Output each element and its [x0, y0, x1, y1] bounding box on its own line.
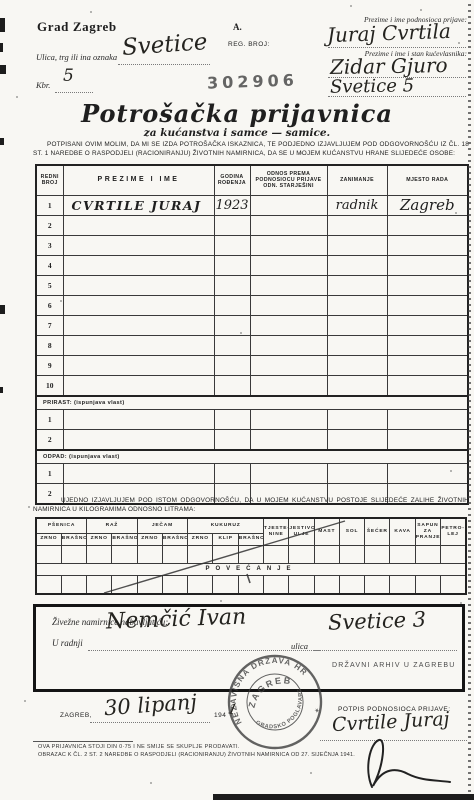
- empty-cell: [250, 375, 327, 396]
- footer-note-2: OBRAZAC K ČL. 2 ST. 2 NAREDBE O RASPODJE…: [38, 752, 458, 758]
- noise-dot: [310, 772, 312, 774]
- empty-cell: [390, 545, 415, 563]
- empty-cell: [214, 215, 250, 235]
- col-header-odnos: ODNOS PREMA PODNOSIOCU PRIJAVE ODN. STAR…: [250, 165, 327, 195]
- empty-cell: [387, 215, 468, 235]
- noise-dot: [300, 152, 302, 154]
- prirast-section-row: PRIRAST: (ispunjava vlast): [36, 396, 468, 410]
- empty-cell: [327, 429, 387, 450]
- empty-cell: [250, 295, 327, 315]
- empty-cell: [387, 315, 468, 335]
- member-name-handwritten: CVRTILE JURAJ: [63, 195, 214, 215]
- noise-dot: [350, 5, 352, 7]
- empty-cell: [250, 215, 327, 235]
- empty-cell: [387, 275, 468, 295]
- noise-dot: [16, 96, 18, 98]
- row-number: 1: [36, 195, 63, 215]
- footer-note-1: OVA PRIJAVNICA STOJI DIN 0·75 I NE SMIJE…: [38, 744, 438, 750]
- empty-cell: [415, 545, 440, 563]
- empty-cell: [327, 215, 387, 235]
- empty-cell: [63, 295, 214, 315]
- empty-cell: [63, 409, 214, 429]
- empty-cell: [63, 215, 214, 235]
- empty-cell: [387, 409, 468, 429]
- col-kava: KAVA: [390, 518, 415, 545]
- form-subtitle: za kućanstva i samce — samice.: [0, 127, 474, 139]
- empty-cell: [327, 315, 387, 335]
- empty-cell: [63, 429, 214, 450]
- empty-cell: [250, 429, 327, 450]
- form-title: Potrošačka prijavnica: [0, 99, 474, 128]
- purchase-street-value: Svetice 3: [328, 607, 427, 634]
- empty-cell: [250, 315, 327, 335]
- row-number: 5: [36, 275, 63, 295]
- member-row: 8: [36, 335, 468, 355]
- col-header-godina: GODINA ROĐENJA: [214, 165, 250, 195]
- col-psenica: PŠENICA: [36, 518, 87, 533]
- house-number-label: Kbr.: [36, 80, 50, 90]
- street-label: Ulica, trg ili ina oznaka: [36, 52, 117, 62]
- member-row: 6: [36, 295, 468, 315]
- noise-dot: [450, 470, 452, 472]
- member-row: 1 CVRTILE JURAJ 1923 radnik Zagreb: [36, 195, 468, 215]
- empty-cell: [387, 235, 468, 255]
- member-row: 2: [36, 215, 468, 235]
- empty-cell: [441, 575, 467, 594]
- strikethrough-line: [95, 512, 355, 602]
- row-number: 6: [36, 295, 63, 315]
- col-header-redni-broj: REDNI BROJ: [36, 165, 63, 195]
- empty-cell: [214, 409, 250, 429]
- empty-cell: [214, 275, 250, 295]
- birth-year-handwritten: 1923: [214, 195, 250, 215]
- row-number: 2: [36, 215, 63, 235]
- empty-cell: [387, 355, 468, 375]
- empty-cell: [365, 575, 390, 594]
- signature-name: Cvrtile Juraj: [332, 708, 451, 736]
- scan-artifact: [0, 18, 5, 32]
- empty-cell: [327, 355, 387, 375]
- scanned-form-page: Grad Zagreb Ulica, trg ili ina oznaka Sv…: [0, 0, 474, 800]
- odpad-section-row: ODPAD: (ispunjava vlast): [36, 450, 468, 464]
- empty-cell: [327, 375, 387, 396]
- empty-cell: [365, 545, 390, 563]
- members-header-row: REDNI BROJ PREZIME I IME GODINA ROĐENJA …: [36, 165, 468, 195]
- empty-cell: [387, 463, 468, 483]
- footer-divider: [33, 741, 133, 742]
- empty-cell: [61, 545, 86, 563]
- noise-dot: [460, 602, 462, 604]
- scan-artifact: [0, 305, 5, 314]
- scan-artifact: [0, 43, 3, 52]
- date-fill-line: [90, 721, 210, 723]
- noise-dot: [60, 300, 62, 302]
- row-number: 7: [36, 315, 63, 335]
- col-secer: ŠEĆER: [365, 518, 390, 545]
- empty-cell: [250, 255, 327, 275]
- empty-cell: [63, 375, 214, 396]
- footer-year: 194: [214, 712, 226, 719]
- member-row: 10: [36, 375, 468, 396]
- empty-cell: [250, 355, 327, 375]
- row-number: 1: [36, 463, 63, 483]
- owner-address-fill-line: [328, 95, 466, 97]
- empty-cell: [327, 463, 387, 483]
- empty-cell: [63, 235, 214, 255]
- empty-cell: [387, 429, 468, 450]
- scan-artifact: [0, 138, 4, 145]
- empty-cell: [214, 255, 250, 275]
- row-number: 10: [36, 375, 63, 396]
- shop-label: U radnji: [52, 638, 83, 648]
- prirast-section-label: PRIRAST: (ispunjava vlast): [36, 396, 468, 410]
- empty-cell: [214, 235, 250, 255]
- row-number: 2: [36, 429, 63, 450]
- section-letter: A.: [233, 22, 242, 32]
- empty-cell: [390, 575, 415, 594]
- empty-cell: [36, 545, 61, 563]
- noise-dot: [458, 42, 460, 44]
- sub-brasno: BRAŠNO: [61, 533, 86, 545]
- row-number: 9: [36, 355, 63, 375]
- odpad-section-label: ODPAD: (ispunjava vlast): [36, 450, 468, 464]
- member-row: 7: [36, 315, 468, 335]
- noise-dot: [220, 600, 222, 602]
- empty-cell: [387, 255, 468, 275]
- applicant-name-value: Juraj Cvrtila: [327, 19, 452, 47]
- empty-cell: [250, 463, 327, 483]
- empty-cell: [214, 355, 250, 375]
- occupation-handwritten: radnik: [327, 195, 387, 215]
- scan-artifact: [0, 65, 6, 74]
- relation-cell: [250, 195, 327, 215]
- empty-cell: [63, 255, 214, 275]
- applicant-fill-line: [328, 46, 466, 48]
- footer-date-value: 30 lipanj: [103, 690, 197, 720]
- perforation-edge: [468, 4, 471, 792]
- empty-cell: [63, 315, 214, 335]
- reg-number-label: REG. BROJ:: [228, 41, 270, 48]
- empty-cell: [327, 295, 387, 315]
- empty-cell: [214, 429, 250, 450]
- noise-dot: [24, 700, 26, 702]
- empty-cell: [214, 315, 250, 335]
- empty-cell: [250, 409, 327, 429]
- street-value-handwritten: Svetice: [121, 29, 208, 61]
- city-heading: Grad Zagreb: [37, 19, 117, 35]
- row-number: 1: [36, 409, 63, 429]
- street-fill-line-2: [313, 649, 457, 651]
- empty-cell: [250, 335, 327, 355]
- row-number: 8: [36, 335, 63, 355]
- member-row: 3: [36, 235, 468, 255]
- reg-number-stamp: 302906: [207, 70, 298, 92]
- members-table: REDNI BROJ PREZIME I IME GODINA ROĐENJA …: [35, 164, 469, 505]
- empty-cell: [387, 295, 468, 315]
- house-fill-line: [55, 91, 93, 93]
- noise-dot: [150, 782, 152, 784]
- empty-cell: [63, 463, 214, 483]
- prirast-row: 1: [36, 409, 468, 429]
- noise-dot: [90, 11, 92, 13]
- archive-stamp: DRŽAVNI ARHIV U ZAGREBU: [332, 662, 456, 669]
- col-header-zanimanje: ZANIMANJE: [327, 165, 387, 195]
- empty-cell: [327, 409, 387, 429]
- col-header-prezime-ime: PREZIME I IME: [63, 165, 214, 195]
- scan-artifact: [0, 387, 3, 393]
- noise-dot: [240, 332, 242, 334]
- empty-cell: [327, 235, 387, 255]
- empty-cell: [63, 355, 214, 375]
- prirast-row: 2: [36, 429, 468, 450]
- col-header-mjesto-rada: MJESTO RADA: [387, 165, 468, 195]
- empty-cell: [250, 235, 327, 255]
- member-row: 4: [36, 255, 468, 275]
- odpad-row: 1: [36, 463, 468, 483]
- bottom-scan-bar: [213, 794, 474, 800]
- empty-cell: [327, 255, 387, 275]
- noise-dot: [455, 212, 457, 214]
- noise-dot: [420, 9, 422, 11]
- col-petrolej: PETRO- LEJ: [441, 518, 467, 545]
- street-fill-line: [118, 63, 210, 65]
- empty-cell: [250, 275, 327, 295]
- col-sapun: SAPUN ZA PRANJE: [415, 518, 440, 545]
- footer-place-label: ZAGREB,: [60, 712, 92, 719]
- sub-zrno: ZRNO: [36, 533, 61, 545]
- empty-cell: [441, 545, 467, 563]
- row-number: 4: [36, 255, 63, 275]
- empty-cell: [387, 335, 468, 355]
- empty-cell: [63, 275, 214, 295]
- empty-cell: [214, 335, 250, 355]
- row-number: 3: [36, 235, 63, 255]
- noise-dot: [28, 506, 30, 508]
- empty-cell: [387, 375, 468, 396]
- empty-cell: [327, 275, 387, 295]
- empty-cell: [327, 335, 387, 355]
- empty-cell: [415, 575, 440, 594]
- shop-name-value: Nemčić Ivan: [106, 605, 247, 635]
- member-row: 9: [36, 355, 468, 375]
- declaration-paragraph: POTPISANI OVIM MOLIM, DA MI SE IZDA POTR…: [33, 141, 469, 158]
- member-row: 5: [36, 275, 468, 295]
- empty-cell: [214, 375, 250, 396]
- empty-cell: [214, 295, 250, 315]
- empty-cell: [214, 463, 250, 483]
- empty-cell: [61, 575, 86, 594]
- empty-cell: [36, 575, 61, 594]
- house-number-value: 5: [63, 66, 74, 86]
- empty-cell: [63, 335, 214, 355]
